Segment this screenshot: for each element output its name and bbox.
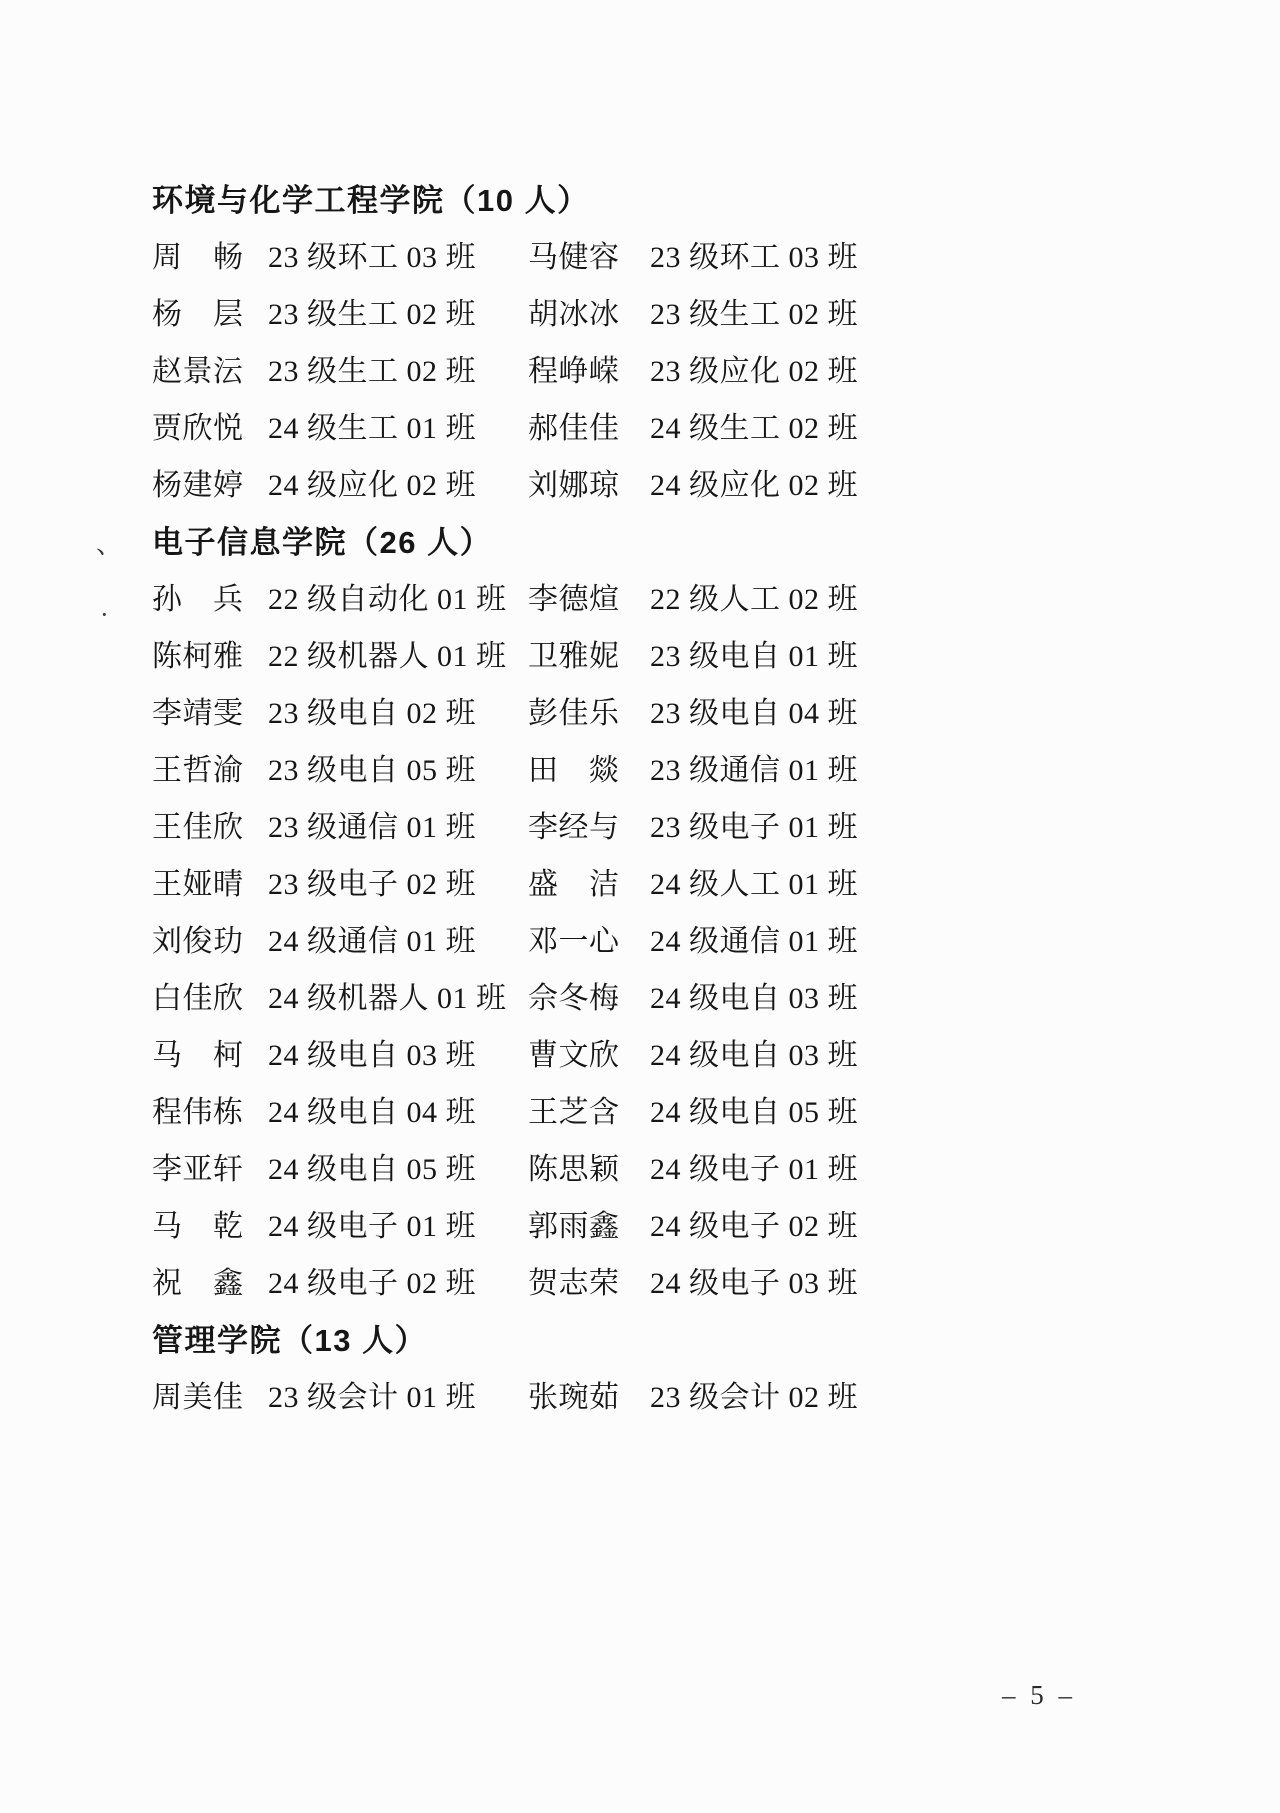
document-page: 、 · 环境与化学工程学院（10 人） 周 畅 23 级环工 03 班 马健容 … xyxy=(0,0,1280,1813)
student-class: 23 级电自 01 班 xyxy=(650,628,1240,685)
student-name: 彭佳乐 xyxy=(528,685,650,742)
student-name: 盛 洁 xyxy=(528,856,650,913)
student-name: 白佳欣 xyxy=(152,970,268,1027)
student-class: 24 级电自 03 班 xyxy=(268,1027,528,1084)
student-name: 邓一心 xyxy=(528,913,650,970)
student-name: 孙 兵 xyxy=(152,571,268,628)
student-name: 陈思颖 xyxy=(528,1141,650,1198)
section-title: 环境与化学工程学院（10 人） xyxy=(152,172,1240,229)
student-class: 22 级自动化 01 班 xyxy=(268,571,528,628)
roster-row: 陈柯雅 22 级机器人 01 班 卫雅妮 23 级电自 01 班 xyxy=(152,628,1240,685)
student-class: 23 级电自 02 班 xyxy=(268,685,528,742)
roster-row: 赵景沄 23 级生工 02 班 程峥嵘 23 级应化 02 班 xyxy=(152,343,1240,400)
roster-row: 王佳欣 23 级通信 01 班 李经与 23 级电子 01 班 xyxy=(152,799,1240,856)
roster-row: 李亚轩 24 级电自 05 班 陈思颖 24 级电子 01 班 xyxy=(152,1141,1240,1198)
student-name: 王芝含 xyxy=(528,1084,650,1141)
student-class: 24 级机器人 01 班 xyxy=(268,970,528,1027)
student-class: 23 级生工 02 班 xyxy=(268,343,528,400)
student-class: 24 级电子 03 班 xyxy=(650,1255,1240,1312)
student-class: 24 级电子 01 班 xyxy=(650,1141,1240,1198)
section-rows: 周美佳 23 级会计 01 班 张琬茹 23 级会计 02 班 xyxy=(152,1369,1240,1426)
student-name: 周美佳 xyxy=(152,1369,268,1426)
student-name: 祝 鑫 xyxy=(152,1255,268,1312)
student-name: 郝佳佳 xyxy=(528,400,650,457)
student-class: 24 级电自 05 班 xyxy=(268,1141,528,1198)
student-class: 23 级会计 02 班 xyxy=(650,1369,1240,1426)
roster-section: 管理学院（13 人） 周美佳 23 级会计 01 班 张琬茹 23 级会计 02… xyxy=(152,1312,1240,1426)
student-class: 23 级应化 02 班 xyxy=(650,343,1240,400)
student-name: 杨 层 xyxy=(152,286,268,343)
student-class: 23 级电子 02 班 xyxy=(268,856,528,913)
roster-row: 白佳欣 24 级机器人 01 班 佘冬梅 24 级电自 03 班 xyxy=(152,970,1240,1027)
student-class: 22 级机器人 01 班 xyxy=(268,628,528,685)
student-name: 赵景沄 xyxy=(152,343,268,400)
student-name: 王娅晴 xyxy=(152,856,268,913)
student-class: 23 级生工 02 班 xyxy=(268,286,528,343)
student-name: 贾欣悦 xyxy=(152,400,268,457)
student-name: 王哲渝 xyxy=(152,742,268,799)
student-name: 郭雨鑫 xyxy=(528,1198,650,1255)
student-name: 李德煊 xyxy=(528,571,650,628)
student-name: 刘俊玏 xyxy=(152,913,268,970)
student-name: 程伟栋 xyxy=(152,1084,268,1141)
student-class: 23 级电自 05 班 xyxy=(268,742,528,799)
student-class: 24 级电自 03 班 xyxy=(650,1027,1240,1084)
student-name: 陈柯雅 xyxy=(152,628,268,685)
roster-row: 周 畅 23 级环工 03 班 马健容 23 级环工 03 班 xyxy=(152,229,1240,286)
section-title: 管理学院（13 人） xyxy=(152,1312,1240,1369)
student-class: 24 级应化 02 班 xyxy=(650,457,1240,514)
student-name: 马健容 xyxy=(528,229,650,286)
student-class: 24 级电子 01 班 xyxy=(268,1198,528,1255)
student-name: 曹文欣 xyxy=(528,1027,650,1084)
student-name: 胡冰冰 xyxy=(528,286,650,343)
student-class: 24 级生工 02 班 xyxy=(650,400,1240,457)
roster-row: 程伟栋 24 级电自 04 班 王芝含 24 级电自 05 班 xyxy=(152,1084,1240,1141)
roster-row: 马 柯 24 级电自 03 班 曹文欣 24 级电自 03 班 xyxy=(152,1027,1240,1084)
student-name: 李靖雯 xyxy=(152,685,268,742)
student-name: 刘娜琼 xyxy=(528,457,650,514)
roster-row: 杨 层 23 级生工 02 班 胡冰冰 23 级生工 02 班 xyxy=(152,286,1240,343)
student-class: 23 级通信 01 班 xyxy=(268,799,528,856)
roster-section: 环境与化学工程学院（10 人） 周 畅 23 级环工 03 班 马健容 23 级… xyxy=(152,172,1240,514)
student-name: 张琬茹 xyxy=(528,1369,650,1426)
roster-row: 孙 兵 22 级自动化 01 班 李德煊 22 级人工 02 班 xyxy=(152,571,1240,628)
student-name: 卫雅妮 xyxy=(528,628,650,685)
section-rows: 孙 兵 22 级自动化 01 班 李德煊 22 级人工 02 班 陈柯雅 22 … xyxy=(152,571,1240,1312)
student-class: 24 级通信 01 班 xyxy=(268,913,528,970)
student-class: 24 级电自 03 班 xyxy=(650,970,1240,1027)
student-name: 王佳欣 xyxy=(152,799,268,856)
section-title: 电子信息学院（26 人） xyxy=(152,514,1240,571)
student-name: 佘冬梅 xyxy=(528,970,650,1027)
student-class: 24 级电子 02 班 xyxy=(650,1198,1240,1255)
student-name: 李经与 xyxy=(528,799,650,856)
student-name: 程峥嵘 xyxy=(528,343,650,400)
roster-section: 电子信息学院（26 人） 孙 兵 22 级自动化 01 班 李德煊 22 级人工… xyxy=(152,514,1240,1312)
roster-row: 王娅晴 23 级电子 02 班 盛 洁 24 级人工 01 班 xyxy=(152,856,1240,913)
roster-row: 王哲渝 23 级电自 05 班 田 燚 23 级通信 01 班 xyxy=(152,742,1240,799)
student-name: 李亚轩 xyxy=(152,1141,268,1198)
student-class: 23 级通信 01 班 xyxy=(650,742,1240,799)
student-name: 马 乾 xyxy=(152,1198,268,1255)
student-name: 田 燚 xyxy=(528,742,650,799)
student-name: 周 畅 xyxy=(152,229,268,286)
roster-row: 李靖雯 23 级电自 02 班 彭佳乐 23 级电自 04 班 xyxy=(152,685,1240,742)
student-class: 23 级电自 04 班 xyxy=(650,685,1240,742)
section-rows: 周 畅 23 级环工 03 班 马健容 23 级环工 03 班 杨 层 23 级… xyxy=(152,229,1240,514)
student-class: 23 级电子 01 班 xyxy=(650,799,1240,856)
student-name: 贺志荣 xyxy=(528,1255,650,1312)
student-class: 24 级电自 05 班 xyxy=(650,1084,1240,1141)
roster-row: 马 乾 24 级电子 01 班 郭雨鑫 24 级电子 02 班 xyxy=(152,1198,1240,1255)
student-class: 23 级环工 03 班 xyxy=(268,229,528,286)
sections: 环境与化学工程学院（10 人） 周 畅 23 级环工 03 班 马健容 23 级… xyxy=(152,172,1240,1426)
student-class: 24 级人工 01 班 xyxy=(650,856,1240,913)
student-class: 22 级人工 02 班 xyxy=(650,571,1240,628)
student-class: 23 级会计 01 班 xyxy=(268,1369,528,1426)
roster-row: 杨建婷 24 级应化 02 班 刘娜琼 24 级应化 02 班 xyxy=(152,457,1240,514)
student-name: 杨建婷 xyxy=(152,457,268,514)
student-class: 24 级生工 01 班 xyxy=(268,400,528,457)
margin-mark-dot: · xyxy=(100,600,109,630)
page-number: – 5 – xyxy=(1002,1680,1076,1711)
student-class: 24 级通信 01 班 xyxy=(650,913,1240,970)
student-name: 马 柯 xyxy=(152,1027,268,1084)
roster-row: 祝 鑫 24 级电子 02 班 贺志荣 24 级电子 03 班 xyxy=(152,1255,1240,1312)
student-class: 24 级应化 02 班 xyxy=(268,457,528,514)
student-class: 24 级电子 02 班 xyxy=(268,1255,528,1312)
margin-mark-dash: 、 xyxy=(96,524,122,561)
roster-row: 周美佳 23 级会计 01 班 张琬茹 23 级会计 02 班 xyxy=(152,1369,1240,1426)
roster-row: 贾欣悦 24 级生工 01 班 郝佳佳 24 级生工 02 班 xyxy=(152,400,1240,457)
student-class: 23 级生工 02 班 xyxy=(650,286,1240,343)
student-class: 23 级环工 03 班 xyxy=(650,229,1240,286)
roster-row: 刘俊玏 24 级通信 01 班 邓一心 24 级通信 01 班 xyxy=(152,913,1240,970)
student-class: 24 级电自 04 班 xyxy=(268,1084,528,1141)
